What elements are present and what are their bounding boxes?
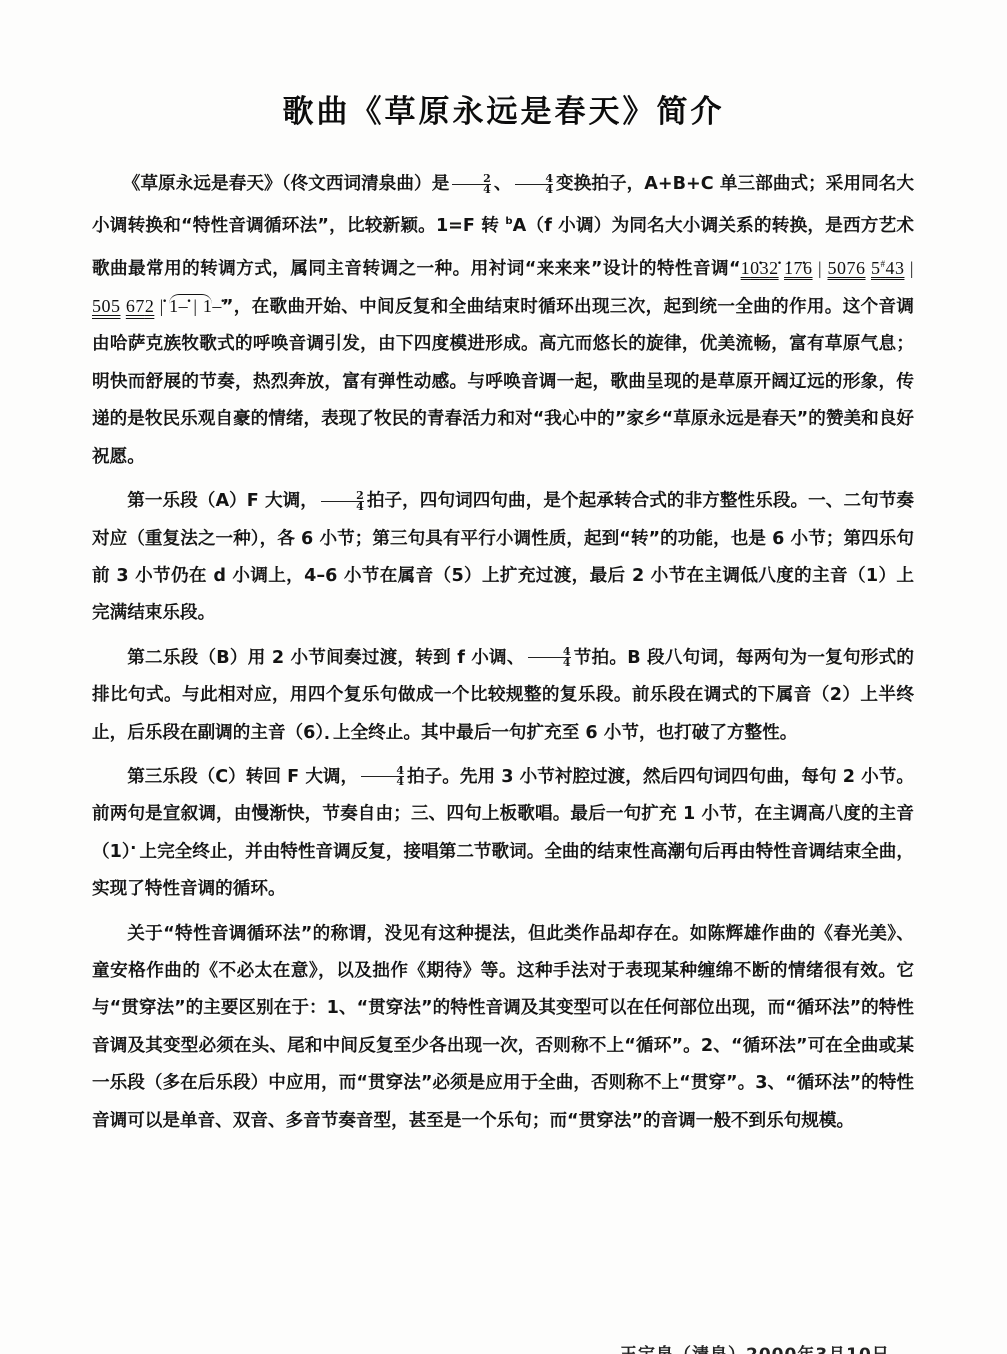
- note-group: 505: [92, 296, 121, 316]
- time-sig-denominator: 4: [321, 501, 364, 512]
- time-signature: 44: [361, 766, 404, 787]
- text-segment: 关于“特性音调循环法”的称谓，没见有这种提法，但此类作品却存在。如陈辉雄作曲的《…: [92, 924, 914, 1131]
- author-date-footer: 王宝泉（清泉）2000年3月10日: [620, 1340, 920, 1354]
- note-group: 672: [126, 296, 155, 316]
- paragraph-section-c: 第三乐段（C）转回 F 大调，44拍子。先用 3 小节衬腔过渡，然后四句词四句曲…: [92, 759, 914, 909]
- paragraph-intro: 《草原永远是春天》（佟文西词清泉曲）是24、44变换拍子，A+B+C 单三部曲式…: [92, 166, 914, 476]
- paragraph-section-a: 第一乐段（A）F 大调，24拍子，四句词四句曲，是个起承转合式的非方整性乐段。一…: [92, 483, 914, 633]
- note-group: 176: [784, 258, 813, 278]
- paragraph-method: 关于“特性音调循环法”的称谓，没见有这种提法，但此类作品却存在。如陈辉雄作曲的《…: [92, 916, 914, 1140]
- flat-sign: b: [505, 216, 512, 227]
- time-sig-denominator: 4: [361, 776, 404, 787]
- time-sig-denominator: 4: [515, 184, 553, 195]
- time-signature: 24: [321, 491, 364, 512]
- note-group: 5076: [828, 258, 866, 278]
- time-signature: 24: [452, 174, 490, 195]
- text-segment: 、: [494, 174, 512, 194]
- barline: |: [910, 258, 914, 278]
- time-sig-denominator: 4: [528, 657, 571, 668]
- text-segment: ）上全终止。其中最后一句扩充至 6 小节，也打破了方整性。: [315, 723, 797, 743]
- time-sig-numerator: 2: [452, 174, 490, 184]
- low-octave-note: 6: [303, 723, 315, 743]
- text-segment: 《草原永远是春天》（佟文西词清泉曲）是: [123, 174, 450, 194]
- time-signature: 44: [528, 647, 571, 668]
- tied-note: 1– | 1: [169, 294, 212, 316]
- text-segment: ）上完全终止，并由特性音调反复，接唱第二节歌词。全曲的结束性高潮句后再由特性音调…: [92, 842, 914, 899]
- note-group: 5#43: [871, 258, 905, 278]
- time-sig-denominator: 4: [452, 184, 490, 195]
- document-body: 《草原永远是春天》（佟文西词清泉曲）是24、44变换拍子，A+B+C 单三部曲式…: [92, 166, 914, 1147]
- text-segment: 第一乐段（A）F 大调，: [127, 491, 318, 511]
- time-sig-numerator: 4: [515, 174, 553, 184]
- barline: |: [818, 258, 822, 278]
- time-signature: 44: [515, 174, 553, 195]
- high-octave-note: 1: [110, 842, 122, 862]
- text-segment: 第三乐段（C）转回 F 大调，: [127, 767, 358, 787]
- text-segment: 第二乐段（B）用 2 小节间奏过渡，转到 f 小调、: [127, 648, 524, 668]
- document-title: 歌曲《草原永远是春天》简介: [0, 86, 1007, 131]
- paragraph-section-b: 第二乐段（B）用 2 小节间奏过渡，转到 f 小调、44节拍。B 段八句词，每两…: [92, 640, 914, 752]
- text-segment: ”，在歌曲开始、中间反复和全曲结束时循环出现三次，起到统一全曲的作用。这个音调由…: [92, 297, 914, 467]
